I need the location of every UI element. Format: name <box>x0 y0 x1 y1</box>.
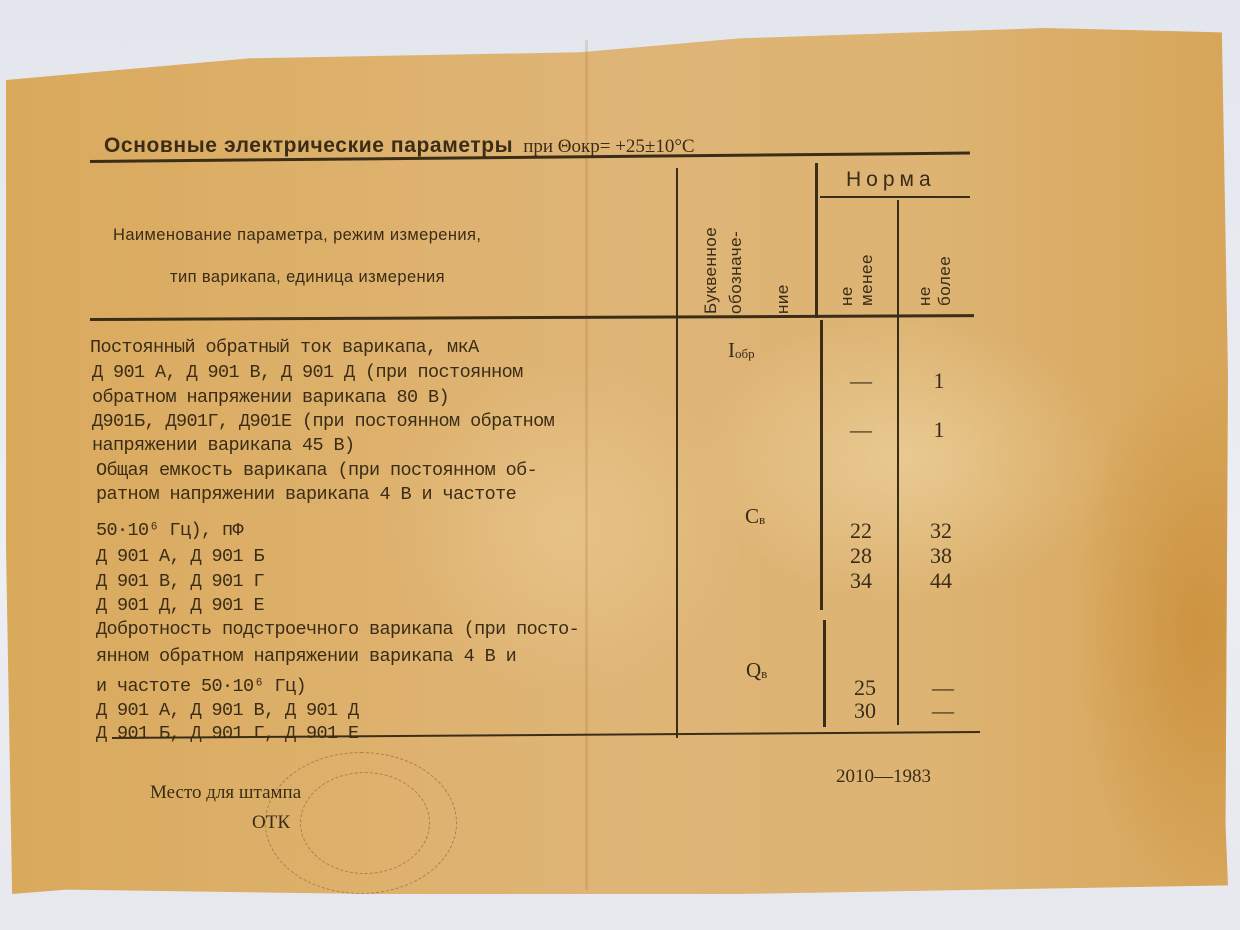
param-line: обратном напряжении варикапа 80 В) <box>92 386 449 411</box>
min-value: 30 <box>840 698 890 724</box>
param-line: Добротность подстроечного варикапа (при … <box>96 618 579 643</box>
max-value: 38 <box>916 543 966 569</box>
param-line: 50·10⁶ Гц), пФ <box>96 519 243 544</box>
max-value: 44 <box>916 568 966 594</box>
min-value: 34 <box>836 568 886 594</box>
param-line: Общая емкость варикапа (при постоянном о… <box>96 459 537 484</box>
param-line: напряжении варикапа 45 В) <box>92 434 355 459</box>
param-line: и частоте 50·10⁶ Гц) <box>96 675 306 700</box>
symbol-subscript: в <box>761 666 767 681</box>
param-line: Д 901 Д, Д 901 Е <box>96 594 264 619</box>
col-divider-symbol <box>676 168 678 738</box>
col-divider-min-max <box>897 200 899 725</box>
symbol-header-3: ние <box>772 230 794 314</box>
min-value: — <box>836 417 886 443</box>
symbol-letter: Q <box>746 658 761 682</box>
norm-header: Норма <box>846 168 936 192</box>
col-divider-norm-body <box>820 320 823 610</box>
max-value: 1 <box>914 368 964 394</box>
symbol-letter: C <box>745 504 759 528</box>
col-divider-norm <box>815 163 818 318</box>
min-value: 28 <box>836 543 886 569</box>
symbol-header-2: обозначе- <box>725 180 747 314</box>
max-value: — <box>918 698 968 724</box>
param-line: ратном напряжении варикапа 4 В и частоте <box>96 483 516 508</box>
symbol-letter: I <box>728 338 735 362</box>
stamp-label-line1: Место для штампа <box>150 782 301 804</box>
symbol-header-1: Буквенное <box>700 180 722 314</box>
max-value: 1 <box>914 417 964 443</box>
symbol-subscript: обр <box>735 346 755 361</box>
max-header-2: более <box>934 230 956 306</box>
max-header-1: не <box>914 250 936 306</box>
param-header-line1: Наименование параметра, режим измерения, <box>113 226 481 245</box>
param-line: Д 901 Б, Д 901 Г, Д 901 Е <box>96 722 359 747</box>
document-code: 2010—1983 <box>836 766 931 788</box>
param-header-line2: тип варикапа, единица измерения <box>170 268 445 287</box>
max-value: 32 <box>916 518 966 544</box>
stamp-label-line2: ОТК <box>252 812 290 834</box>
param-line: янном обратном напряжении варикапа 4 В и <box>96 645 516 670</box>
min-header-2: менее <box>856 230 878 306</box>
param-line: Д 901 А, Д 901 В, Д 901 Д <box>96 699 359 724</box>
param-line: Д901Б, Д901Г, Д901Е (при постоянном обра… <box>92 410 554 435</box>
param-line: Д 901 А, Д 901 В, Д 901 Д (при постоянно… <box>92 361 523 386</box>
min-value: 22 <box>836 518 886 544</box>
param-line: Д 901 А, Д 901 Б <box>96 545 264 570</box>
paper-fold <box>585 40 588 890</box>
param-line: Д 901 В, Д 901 Г <box>96 570 264 595</box>
title-text: Основные электрические параметры <box>104 134 513 157</box>
symbol-reverse-current: Iобр <box>728 338 755 363</box>
col-divider-norm-body-2 <box>823 620 826 727</box>
min-value: — <box>836 368 886 394</box>
symbol-capacitance: Cв <box>745 504 765 529</box>
param-line: Постоянный обратный ток варикапа, мкА <box>90 336 479 361</box>
symbol-quality-factor: Qв <box>746 658 767 683</box>
norm-divider <box>820 196 970 198</box>
stamp-circle-inner <box>300 772 430 874</box>
min-header-1: не <box>836 250 858 306</box>
symbol-subscript: в <box>759 512 765 527</box>
